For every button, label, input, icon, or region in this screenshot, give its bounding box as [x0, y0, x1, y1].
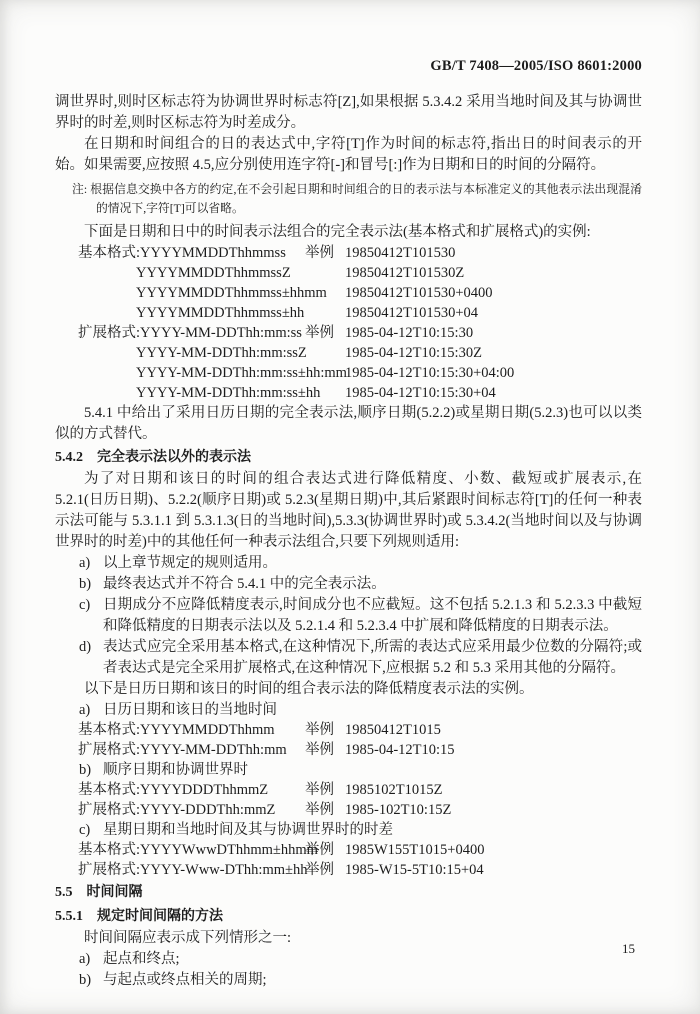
section-title: 完全表示法以外的表示法: [97, 448, 251, 464]
example-group-label: 顺序日期和协调世界时: [103, 760, 642, 780]
rule-item: b) 最终表达式并不符合 5.4.1 中的完全表示法。: [55, 574, 642, 595]
example-value: 1985-04-12T10:15:30+04:00: [345, 363, 642, 383]
example-value: 19850412T101530Z: [345, 263, 642, 283]
format-row: YYYYMMDDThhmmssZ 19850412T101530Z: [55, 263, 642, 283]
format-row: 基本格式:YYYYDDDThhmmZ 举例 1985102T1015Z: [55, 780, 642, 800]
paragraph-t-designator: 在日期和时间组合的日的表达式中,字符[T]作为时间的标志符,指出日的时间表示的开…: [55, 134, 642, 176]
section-number: 5.5.1: [55, 909, 83, 924]
example-group-label: 星期日期和当地时间及其与协调世界时的时差: [103, 820, 642, 840]
list-marker: b): [79, 760, 103, 780]
format-row: 扩展格式:YYYY-MM-DDThh:mm 举例 1985-04-12T10:1…: [55, 740, 642, 760]
rule-item: d) 表达式应完全采用基本格式,在这种情况下,所需的表达式应采用最少位数的分隔符…: [55, 637, 642, 679]
section-number: 5.4.2: [55, 450, 83, 465]
example-value: 19850412T101530+0400: [345, 283, 642, 303]
example-label: [305, 263, 345, 283]
example-label: [305, 303, 345, 323]
section-title: 时间间隔: [87, 883, 143, 899]
interval-list: a) 起点和终点; b) 与起点或终点相关的周期;: [55, 949, 642, 991]
list-text: 以上章节规定的规则适用。: [103, 553, 642, 574]
format-row: 扩展格式:YYYY-DDDThh:mmZ 举例 1985-102T10:15Z: [55, 800, 642, 820]
list-marker: a): [79, 949, 103, 970]
example-value: 1985W155T1015+0400: [345, 840, 642, 860]
format-label: 基本格式:: [78, 243, 140, 263]
example-label: [305, 383, 345, 403]
example-label: 举例: [305, 780, 345, 800]
example-label: 举例: [305, 840, 345, 860]
format-label: 基本格式:: [78, 720, 140, 740]
list-marker: d): [79, 637, 103, 679]
example-label: [305, 363, 345, 383]
format-pattern: YYYYMMDDThhmmss: [140, 245, 286, 261]
section-title: 规定时间间隔的方法: [97, 907, 223, 923]
running-header: GB/T 7408—2005/ISO 8601:2000: [55, 58, 642, 75]
example-label: 举例: [305, 323, 345, 343]
format-row: 基本格式:YYYYMMDDThhmm 举例 19850412T1015: [55, 720, 642, 740]
format-pattern: YYYY-Www-DThh:mm±hh: [140, 862, 307, 878]
format-row: YYYY-MM-DDThh:mm:ss±hh 1985-04-12T10:15:…: [55, 383, 642, 403]
paragraph-542-intro: 为了对日期和该日的时间的组合表达式进行降低精度、小数、截短或扩展表示,在 5.2…: [55, 469, 642, 553]
example-value: 1985102T1015Z: [345, 780, 642, 800]
example-value: 1985-04-12T10:15:30+04: [345, 383, 642, 403]
format-pattern: YYYY-MM-DDThh:mm:ss: [140, 325, 302, 341]
list-text: 表达式应完全采用基本格式,在这种情况下,所需的表达式应采用最少位数的分隔符;或者…: [103, 637, 642, 679]
example-value: 19850412T101530: [345, 243, 642, 263]
format-pattern: YYYY-MM-DDThh:mm:ss±hh: [136, 385, 320, 401]
format-pattern: YYYY-MM-DDThh:mm: [140, 742, 287, 758]
example-label: 举例: [305, 800, 345, 820]
list-marker: b): [79, 574, 103, 595]
list-text: 起点和终点;: [103, 949, 642, 970]
format-label: 基本格式:: [78, 840, 140, 860]
example-group-title: b) 顺序日期和协调世界时: [55, 760, 642, 780]
list-marker: b): [79, 970, 103, 991]
list-text: 最终表达式并不符合 5.4.1 中的完全表示法。: [103, 574, 642, 595]
format-row: YYYYMMDDThhmmss±hhmm 19850412T101530+040…: [55, 283, 642, 303]
format-table-complete: 基本格式:YYYYMMDDThhmmss 举例 19850412T101530 …: [55, 243, 642, 403]
format-row: YYYY-MM-DDThh:mm:ssZ 1985-04-12T10:15:30…: [55, 343, 642, 363]
section-number: 5.5: [55, 885, 73, 900]
format-label: 扩展格式:: [78, 800, 140, 820]
example-group-title: c) 星期日期和当地时间及其与协调世界时的时差: [55, 820, 642, 840]
example-value: 19850412T101530+04: [345, 303, 642, 323]
format-row: 基本格式:YYYYMMDDThhmmss 举例 19850412T101530: [55, 243, 642, 263]
example-value: 1985-04-12T10:15: [345, 740, 642, 760]
interval-item: b) 与起点或终点相关的周期;: [55, 970, 642, 991]
list-marker: c): [79, 595, 103, 637]
list-marker: c): [79, 820, 103, 840]
section-heading-5-5: 5.5时间间隔: [55, 880, 642, 904]
rule-item: a) 以上章节规定的规则适用。: [55, 553, 642, 574]
example-value: 19850412T1015: [345, 720, 642, 740]
format-pattern: YYYYMMDDThhmmss±hhmm: [136, 285, 327, 301]
list-marker: a): [79, 553, 103, 574]
example-label: 举例: [305, 860, 345, 880]
format-pattern: YYYYMMDDThhmm: [140, 722, 275, 738]
example-value: 1985-W15-5T10:15+04: [345, 860, 642, 880]
section-heading-5-5-1: 5.5.1规定时间间隔的方法: [55, 904, 642, 928]
format-pattern: YYYYDDDThhmmZ: [140, 782, 268, 798]
format-row: 扩展格式:YYYY-MM-DDThh:mm:ss 举例 1985-04-12T1…: [55, 323, 642, 343]
example-group-label: 日历日期和该日的当地时间: [103, 700, 642, 720]
interval-item: a) 起点和终点;: [55, 949, 642, 970]
page-content: GB/T 7408—2005/ISO 8601:2000 调世界时,则时区标志符…: [0, 0, 700, 991]
example-groups: a) 日历日期和该日的当地时间 基本格式:YYYYMMDDThhmm 举例 19…: [55, 700, 642, 880]
format-pattern: YYYYMMDDThhmmssZ: [136, 265, 291, 281]
example-value: 1985-102T10:15Z: [345, 800, 642, 820]
page-number: 15: [622, 941, 635, 957]
paragraph-541-alternatives: 5.4.1 中给出了采用日历日期的完全表示法,顺序日期(5.2.2)或星期日期(…: [55, 403, 642, 445]
format-row: YYYYMMDDThhmmss±hh 19850412T101530+04: [55, 303, 642, 323]
paragraph-examples-intro: 下面是日期和日中的时间表示法组合的完全表示法(基本格式和扩展格式)的实例:: [55, 222, 642, 243]
example-label: 举例: [305, 243, 345, 263]
rules-list: a) 以上章节规定的规则适用。 b) 最终表达式并不符合 5.4.1 中的完全表…: [55, 553, 642, 679]
format-row: 扩展格式:YYYY-Www-DThh:mm±hh 举例 1985-W15-5T1…: [55, 860, 642, 880]
example-label: 举例: [305, 740, 345, 760]
paragraph-interval-intro: 时间间隔应表示成下列情形之一:: [55, 928, 642, 949]
note-text: 注: 根据信息交换中各方的约定,在不会引起日期和时间组合的日的表示法与本标准定义…: [72, 180, 642, 218]
rule-item: c) 日期成分不应降低精度表示,时间成分也不应截短。这不包括 5.2.1.3 和…: [55, 595, 642, 637]
format-row: 基本格式:YYYYWwwDThhmm±hhmm 举例 1985W155T1015…: [55, 840, 642, 860]
paragraph-reduced-precision-intro: 以下是日历日期和该日的时间的组合表示法的降低精度表示法的实例。: [55, 679, 642, 700]
format-row: YYYY-MM-DDThh:mm:ss±hh:mm 1985-04-12T10:…: [55, 363, 642, 383]
list-text: 与起点或终点相关的周期;: [103, 970, 642, 991]
example-value: 1985-04-12T10:15:30: [345, 323, 642, 343]
format-label: 扩展格式:: [78, 860, 140, 880]
document-page: GB/T 7408—2005/ISO 8601:2000 调世界时,则时区标志符…: [0, 0, 700, 1014]
paragraph-continuation: 调世界时,则时区标志符为协调世界时标志符[Z],如果根据 5.3.4.2 采用当…: [55, 92, 642, 134]
example-label: [305, 343, 345, 363]
section-heading-5-4-2: 5.4.2完全表示法以外的表示法: [55, 445, 642, 469]
example-label: 举例: [305, 720, 345, 740]
example-label: [305, 283, 345, 303]
format-pattern: YYYY-DDDThh:mmZ: [140, 802, 275, 818]
example-group-title: a) 日历日期和该日的当地时间: [55, 700, 642, 720]
format-pattern: YYYY-MM-DDThh:mm:ssZ: [136, 345, 307, 361]
format-pattern: YYYYWwwDThhmm±hhmm: [140, 842, 318, 858]
list-marker: a): [79, 700, 103, 720]
format-label: 扩展格式:: [78, 323, 140, 343]
list-text: 日期成分不应降低精度表示,时间成分也不应截短。这不包括 5.2.1.3 和 5.…: [103, 595, 642, 637]
format-label: 扩展格式:: [78, 740, 140, 760]
format-pattern: YYYYMMDDThhmmss±hh: [136, 305, 304, 321]
format-label: 基本格式:: [78, 780, 140, 800]
example-value: 1985-04-12T10:15:30Z: [345, 343, 642, 363]
